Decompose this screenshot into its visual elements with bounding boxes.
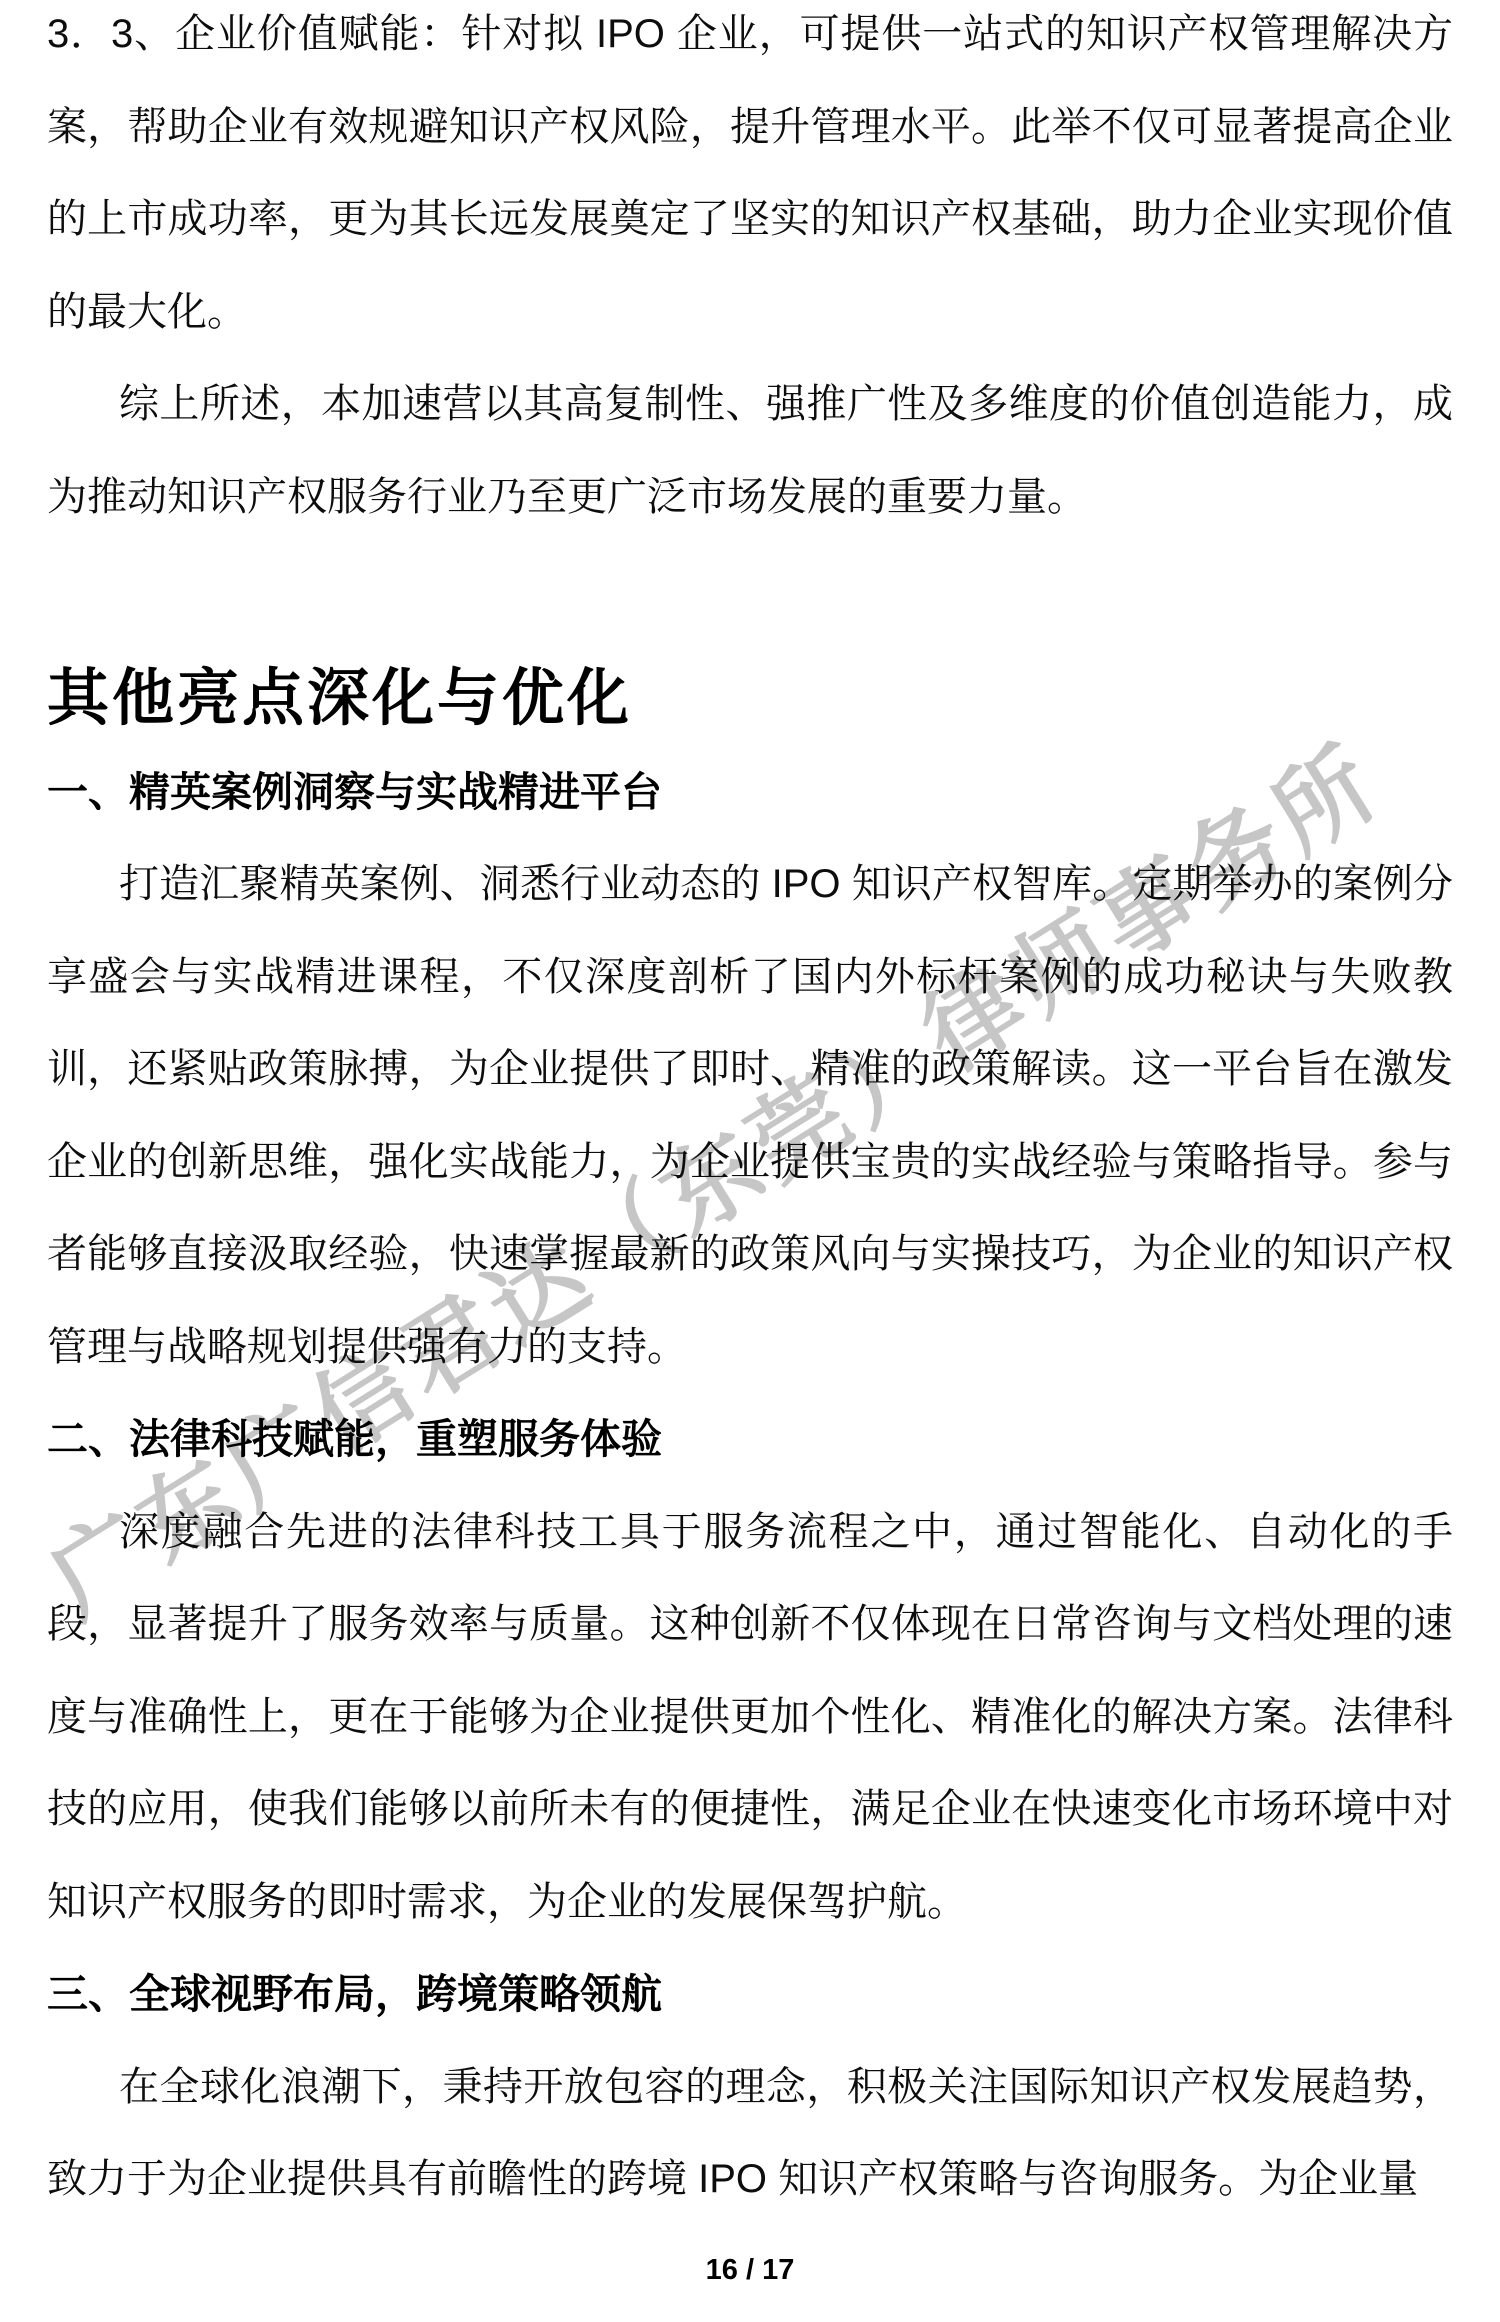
paragraph-global-vision: 在全球化浪潮下，秉持开放包容的理念，积极关注国际知识产权发展趋势，致力于为企业提…: [47, 2041, 1453, 2226]
section-heading-other-highlights: 其他亮点深化与优化: [47, 653, 1453, 746]
subheading-legal-tech: 二、法律科技赋能，重塑服务体验: [47, 1393, 1453, 1486]
page-number: 16 / 17: [0, 2250, 1500, 2290]
subheading-elite-case-platform: 一、精英案例洞察与实战精进平台: [47, 746, 1453, 839]
subheading-global-vision: 三、全球视野布局，跨境策略领航: [47, 1948, 1453, 2041]
document-body: 3．3、企业价值赋能：针对拟 IPO 企业，可提供一站式的知识产权管理解决方案，…: [47, 0, 1453, 2226]
document-page: 广东广信君达（东莞）律师事务所 3．3、企业价值赋能：针对拟 IPO 企业，可提…: [0, 0, 1500, 2322]
paragraph-enterprise-value: 3．3、企业价值赋能：针对拟 IPO 企业，可提供一站式的知识产权管理解决方案，…: [47, 0, 1453, 358]
paragraph-elite-case-platform: 打造汇聚精英案例、洞悉行业动态的 IPO 知识产权智库。定期举办的案例分享盛会与…: [47, 838, 1453, 1393]
paragraph-legal-tech: 深度融合先进的法律科技工具于服务流程之中，通过智能化、自动化的手段，显著提升了服…: [47, 1486, 1453, 1949]
paragraph-summary: 综上所述，本加速营以其高复制性、强推广性及多维度的价值创造能力，成为推动知识产权…: [47, 358, 1453, 543]
